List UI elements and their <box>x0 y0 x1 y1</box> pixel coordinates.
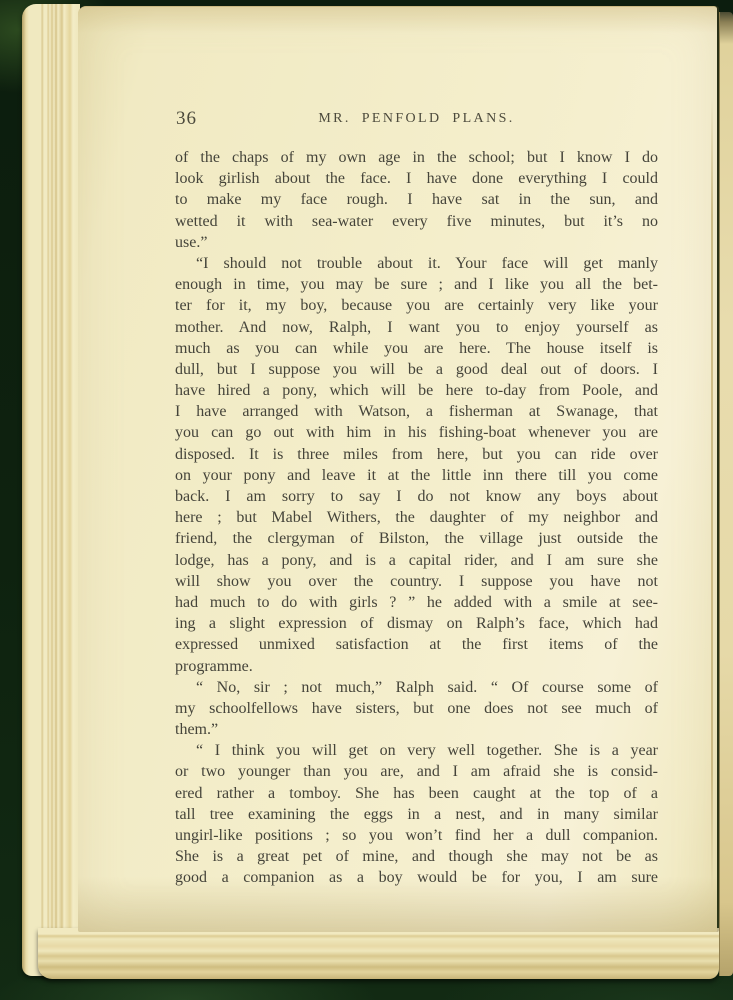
text-line: I have arranged with Watson, a fisherman… <box>175 401 658 422</box>
text-line: tall tree examining the eggs in a nest, … <box>175 804 658 825</box>
text-line: dull, but I suppose you will be a good d… <box>175 359 658 380</box>
text-line: have hired a pony, which will be here to… <box>175 380 658 401</box>
text-line: good a companion as a boy would be for y… <box>175 867 658 888</box>
text-line: them.” <box>175 719 658 740</box>
page-edges-left <box>22 4 80 976</box>
text-line: or two younger than you are, and I am af… <box>175 761 658 782</box>
running-header: 36 MR. PENFOLD PLANS. <box>175 108 658 130</box>
text-line: disposed. It is three miles from here, b… <box>175 444 658 465</box>
text-line: lodge, has a pony, and is a capital ride… <box>175 550 658 571</box>
text-line: ered rather a tomboy. She has been caugh… <box>175 783 658 804</box>
text-block: 36 MR. PENFOLD PLANS. of the chaps of my… <box>175 108 658 889</box>
text-line: my schoolfellows have sisters, but one d… <box>175 698 658 719</box>
text-line: mother. And now, Ralph, I want you to en… <box>175 317 658 338</box>
next-page-edge <box>719 12 733 976</box>
text-line: of the chaps of my own age in the school… <box>175 147 658 168</box>
text-line: had much to do with girls ? ” he added w… <box>175 592 658 613</box>
text-line: look girlish about the face. I have done… <box>175 168 658 189</box>
page-body: of the chaps of my own age in the school… <box>175 147 658 889</box>
text-line: will show you over the country. I suppos… <box>175 571 658 592</box>
text-line: ungirl-like positions ; so you won’t fin… <box>175 825 658 846</box>
text-line: on your pony and leave it at the little … <box>175 465 658 486</box>
text-line: expressed unmixed satisfaction at the fi… <box>175 634 658 655</box>
book-page: 36 MR. PENFOLD PLANS. of the chaps of my… <box>78 6 717 932</box>
text-line: “ I think you will get on very well toge… <box>175 740 658 761</box>
text-line: “ No, sir ; not much,” Ralph said. “ Of … <box>175 677 658 698</box>
text-line: enough in time, you may be sure ; and I … <box>175 274 658 295</box>
text-line: programme. <box>175 656 658 677</box>
text-line: back. I am sorry to say I do not know an… <box>175 486 658 507</box>
book-photo: { "colors": { "binding_green": "#0e220f"… <box>0 0 733 1000</box>
text-line: to make my face rough. I have sat in the… <box>175 189 658 210</box>
page-crease <box>711 97 713 892</box>
text-line: wetted it with sea-water every five minu… <box>175 211 658 232</box>
page-edges-bottom <box>38 928 719 979</box>
text-line: She is a great pet of mine, and though s… <box>175 846 658 867</box>
text-line: friend, the clergyman of Bilston, the vi… <box>175 528 658 549</box>
running-header-title: MR. PENFOLD PLANS. <box>175 111 658 127</box>
text-line: ing a slight expression of dismay on Ral… <box>175 613 658 634</box>
text-line: use.” <box>175 232 658 253</box>
text-line: ter for it, my boy, because you are cert… <box>175 295 658 316</box>
text-line: much as you can while you are here. The … <box>175 338 658 359</box>
text-line: you can go out with him in his fishing-b… <box>175 422 658 443</box>
text-line: here ; but Mabel Withers, the daughter o… <box>175 507 658 528</box>
text-line: “I should not trouble about it. Your fac… <box>175 253 658 274</box>
